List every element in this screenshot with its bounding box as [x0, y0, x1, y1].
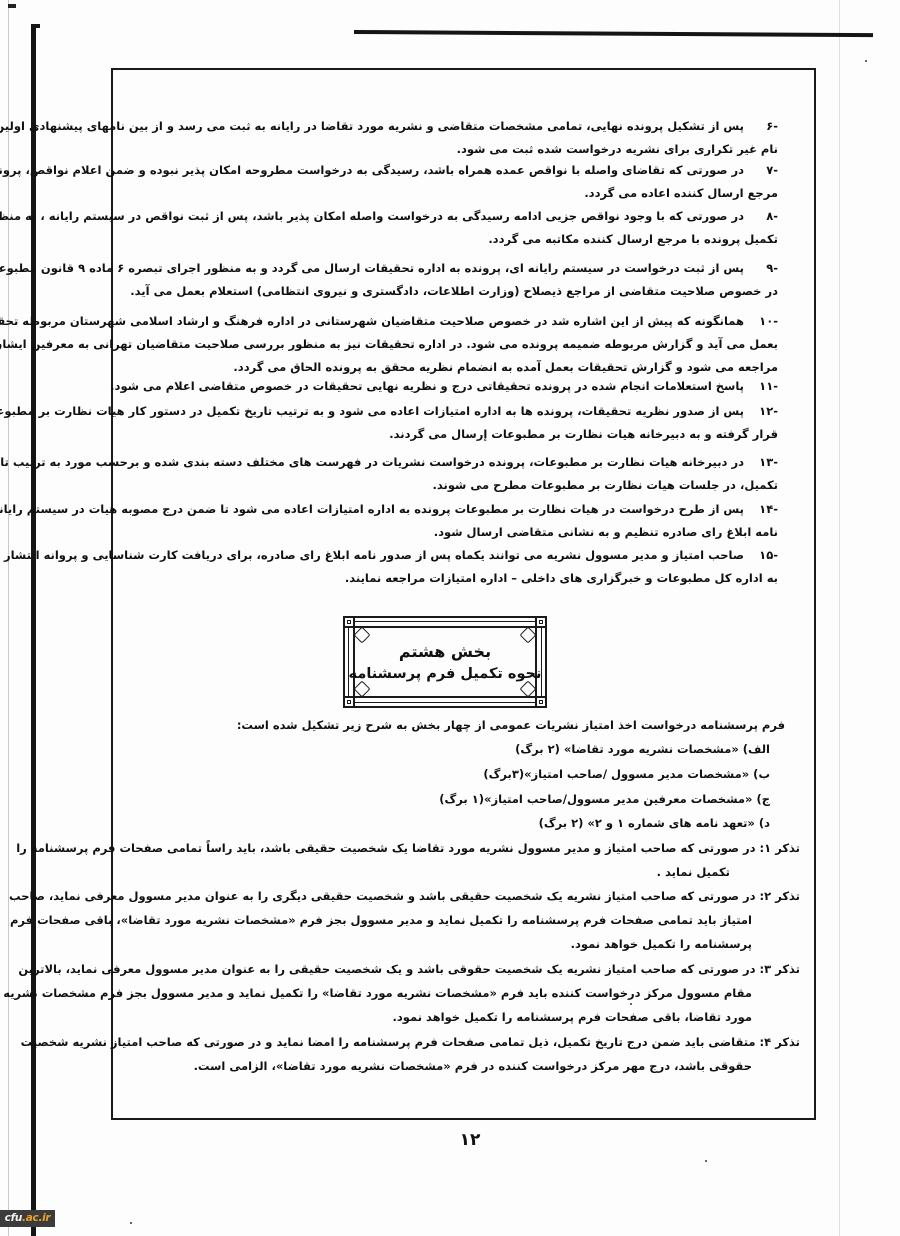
- scan-edge-right: [839, 0, 840, 1236]
- section-title: بخش هشتم: [343, 642, 547, 661]
- ornament-frame-inner: [353, 626, 537, 698]
- procedure-item: -۱۳در دبیرخانه هیات نظارت بر مطبوعات، پر…: [108, 451, 778, 497]
- note-line: امتیاز باید تمامی صفحات فرم پرسشنامه را …: [105, 908, 800, 932]
- left-binding-rule-cap: [31, 24, 40, 28]
- procedure-item: -۱۲پس از صدور نظریه تحقیقات، پرونده ها ب…: [108, 400, 778, 446]
- procedure-item: -۷در صورتی که تقاضای واصله با نواقص عمده…: [108, 159, 778, 205]
- procedure-item: -۱۵صاحب امتیاز و مدیر مسوول نشریه می توا…: [108, 544, 778, 590]
- form-part-dal: د) «تعهد نامه های شماره ۱ و ۲» (۲ برگ): [539, 812, 770, 835]
- section-heading-box: بخش هشتم نحوه تکمیل فرم پرسشنامه: [343, 616, 547, 708]
- item-line: تکمیل پرونده با مرجع ارسال کننده مکاتبه …: [108, 228, 778, 251]
- item-line: در دبیرخانه هیات نظارت بر مطبوعات، پروند…: [108, 451, 778, 474]
- item-number: -۱۳: [750, 451, 778, 474]
- note-3: تذکر ۳: در صورتی که صاحب امتیاز نشریه یک…: [105, 957, 800, 1029]
- form-intro-text: فرم پرسشنامه درخواست اخذ امتیاز نشریات ع…: [237, 714, 785, 737]
- note-1: تذکر ۱: در صورتی که صاحب امتیاز و مدیر م…: [105, 836, 800, 884]
- procedure-item: -۶پس از تشکیل پرونده نهایی، تمامی مشخصات…: [108, 115, 778, 161]
- scan-speck: [130, 1222, 132, 1224]
- item-number: -۱۵: [750, 544, 778, 567]
- note-4: تذکر ۴: متقاضی باید ضمن درج تاریخ تکمیل،…: [105, 1030, 800, 1078]
- item-line: پس از تشکیل پرونده نهایی، تمامی مشخصات م…: [108, 115, 778, 138]
- scan-edge-left: [8, 0, 9, 1236]
- item-number: -۱۰: [750, 310, 778, 333]
- ornament-corner-icon: [343, 696, 355, 708]
- page-number: ۱۲: [440, 1130, 500, 1150]
- note-line: پرسشنامه را تکمیل خواهد نمود.: [105, 932, 800, 956]
- item-line: همانگونه که پیش از این اشاره شد در خصوص …: [108, 310, 778, 333]
- note-line: تذکر ۴: متقاضی باید ضمن درج تاریخ تکمیل،…: [105, 1030, 800, 1054]
- item-line: پس از صدور نظریه تحقیقات، پرونده ها به ا…: [108, 400, 778, 423]
- item-line: تکمیل، در جلسات هیات نظارت بر مطبوعات مط…: [108, 474, 778, 497]
- note-line: حقوقی باشد، درج مهر مرکز درخواست کننده د…: [105, 1054, 800, 1078]
- form-part-alef: الف) «مشخصات نشریه مورد تقاضا» (۲ برگ): [515, 738, 770, 761]
- item-line: در صورتی که تقاضای واصله با نواقص عمده ه…: [108, 159, 778, 182]
- item-line: در صورتی که با وجود نواقص جزیی ادامه رسی…: [108, 205, 778, 228]
- note-line: تذکر ۱: در صورتی که صاحب امتیاز و مدیر م…: [105, 836, 800, 860]
- section-subtitle: نحوه تکمیل فرم پرسشنامه: [343, 666, 547, 682]
- item-number: -۷: [750, 159, 778, 182]
- procedure-item: -۸در صورتی که با وجود نواقص جزیی ادامه ر…: [108, 205, 778, 251]
- item-line: قرار گرفته و به دبیرخانه هیات نظارت بر م…: [108, 423, 778, 446]
- form-part-jim: ج) «مشخصات معرفین مدیر مسوول/صاحب امتیاز…: [439, 788, 770, 811]
- item-number: -۶: [750, 115, 778, 138]
- top-header-rule: [354, 30, 873, 37]
- watermark-part-1: cfu: [5, 1212, 22, 1224]
- procedure-item: -۱۱پاسخ استعلامات انجام شده در پرونده تح…: [108, 375, 778, 398]
- scan-corner-mark: [8, 4, 16, 8]
- scan-speck: [865, 60, 867, 62]
- item-line: مرجع ارسال کننده اعاده می گردد.: [108, 182, 778, 205]
- item-line: صاحب امتیاز و مدیر مسوول نشریه می توانند…: [108, 544, 778, 567]
- note-line: تذکر ۳: در صورتی که صاحب امتیاز نشریه یک…: [105, 957, 800, 981]
- form-part-be: ب) «مشخصات مدیر مسوول /صاحب امتیاز»(۳برگ…: [483, 763, 770, 786]
- item-number: -۱۱: [750, 375, 778, 398]
- item-line: پس از طرح درخواست در هیات نظارت بر مطبوع…: [108, 498, 778, 521]
- item-number: -۸: [750, 205, 778, 228]
- ornament-corner-icon: [343, 616, 355, 628]
- note-2: تذکر ۲: در صورتی که صاحب امتیاز نشریه یک…: [105, 884, 800, 956]
- item-line: در خصوص صلاحیت متقاضی از مراجع ذیصلاح (و…: [108, 280, 778, 303]
- note-line: تکمیل نماید .: [105, 860, 800, 884]
- site-watermark-badge[interactable]: cfu.ac.ir: [0, 1210, 55, 1227]
- ornament-corner-icon: [535, 696, 547, 708]
- note-line: مورد تقاضا، باقی صفحات فرم پرسشنامه را ت…: [105, 1005, 800, 1029]
- item-number: -۱۲: [750, 400, 778, 423]
- item-line: نام غیر تکراری برای نشریه درخواست شده ثب…: [108, 138, 778, 161]
- item-number: -۹: [750, 257, 778, 280]
- watermark-part-2: .ac.ir: [22, 1212, 50, 1224]
- scan-speck: [630, 1003, 632, 1005]
- item-line: بعمل می آید و گزارش مربوطه ضمیمه پرونده …: [108, 333, 778, 356]
- item-number: -۱۴: [750, 498, 778, 521]
- item-line: نامه ابلاغ رای صادره تنظیم و به نشانی مت…: [108, 521, 778, 544]
- note-line: تذکر ۲: در صورتی که صاحب امتیاز نشریه یک…: [105, 884, 800, 908]
- item-line: پس از ثبت درخواست در سیستم رایانه ای، پر…: [108, 257, 778, 280]
- scan-speck: [705, 1160, 707, 1162]
- item-line: پاسخ استعلامات انجام شده در پرونده تحقیق…: [108, 375, 778, 398]
- ornament-corner-icon: [535, 616, 547, 628]
- note-line: مقام مسوول مرکز درخواست کننده باید فرم «…: [105, 981, 800, 1005]
- procedure-item: -۹پس از ثبت درخواست در سیستم رایانه ای، …: [108, 257, 778, 303]
- procedure-item: -۱۴پس از طرح درخواست در هیات نظارت بر مط…: [108, 498, 778, 544]
- procedure-item: -۱۰همانگونه که پیش از این اشاره شد در خص…: [108, 310, 778, 379]
- item-line: به اداره کل مطبوعات و خبرگزاری های داخلی…: [108, 567, 778, 590]
